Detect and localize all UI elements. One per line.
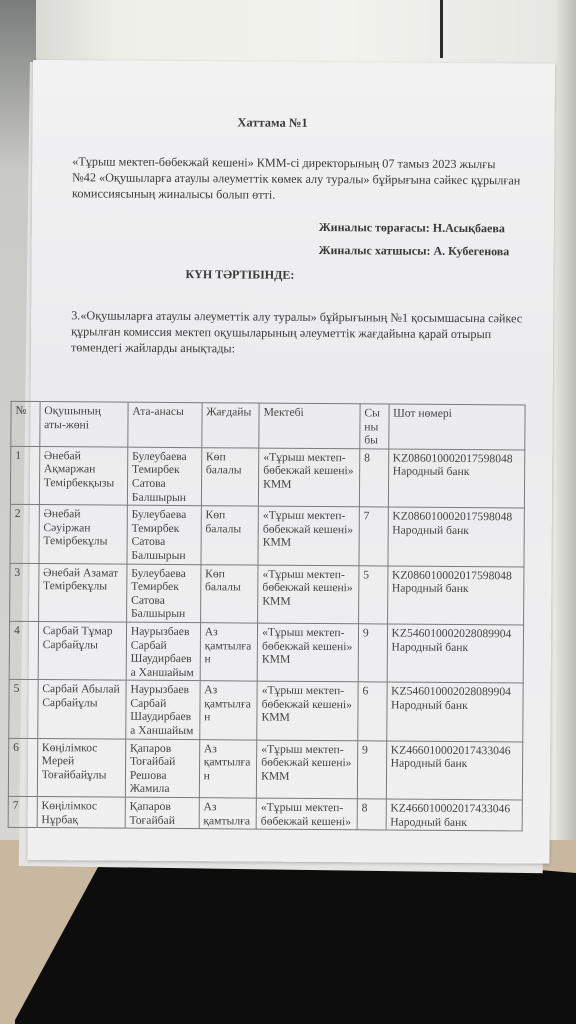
cell-line: қамтылға: [205, 639, 255, 653]
cell-student: ӘнебайАқмаржанТемірбекқызы: [39, 446, 128, 505]
cell-line: 8: [364, 451, 385, 465]
table-row: 4Сарбай ТұмарСарбайұлыНаурызбаевСарбайШа…: [9, 621, 523, 683]
paper-sheet: Хаттама №1 «Тұрыш мектеп-бөбекжай кешені…: [27, 60, 555, 864]
cell-parents: ҚапаровТоғайбайРешоваЖамила: [125, 739, 199, 798]
cell-line: Балшырын: [131, 607, 197, 621]
cell-account: KZ086010002017598048Народный банк: [387, 566, 524, 625]
cell-school: «Тұрыш мектеп-бөбекжай кешені»КММ: [256, 740, 357, 799]
cell-line: «Тұрыш мектеп-: [261, 801, 354, 815]
header-num: №: [11, 401, 40, 446]
cell-line: КММ: [261, 769, 354, 783]
cell-line: Булеубаева: [132, 508, 198, 522]
cell-num: 4: [9, 621, 38, 680]
cell-line: а Ханшайым: [130, 724, 196, 738]
table-header-row: № Оқушыныңаты-жөні Ата-анасы Жағдайы Мек…: [11, 401, 525, 449]
cell-grade: 7: [359, 507, 388, 566]
cell-line: бөбекжай кешені»: [262, 639, 355, 653]
cell-line: Темірбекұлы: [43, 534, 123, 548]
table-row: 6КөңілімкосМерейТоғайбайұлыҚапаровТоғайб…: [8, 738, 522, 800]
cell-line: Мерей: [42, 754, 122, 768]
cell-line: Әнебай Азамат: [43, 566, 123, 580]
cell-line: Темирбек: [132, 521, 198, 535]
cell-line: Наурызбаев: [131, 625, 197, 639]
cell-line: Шаудирбаев: [130, 710, 196, 724]
cell-line: KZ466010002017433046: [390, 802, 519, 816]
header-account: Шот нөмері: [388, 404, 525, 450]
cell-line: бөбекжай кешені»: [261, 814, 354, 828]
cell-grade: 9: [358, 624, 387, 683]
cell-line: Булеубаева: [132, 449, 198, 463]
cell-line: Сарбайұлы: [42, 696, 122, 710]
cell-line: 6: [362, 685, 383, 699]
cell-account: KZ086010002017598048Народный банк: [388, 507, 525, 566]
cell-line: КММ: [263, 536, 356, 550]
cell-line: КММ: [263, 478, 356, 492]
cell-line: 5: [363, 568, 384, 582]
cell-line: 4: [14, 624, 35, 638]
cell-student: Сарбай ТұмарСарбайұлы: [38, 621, 127, 680]
cell-line: Народный банк: [391, 757, 520, 771]
cell-line: Тоғайбай: [130, 755, 196, 769]
cell-line: 3: [14, 565, 35, 579]
cell-line: Сы: [364, 406, 385, 420]
cell-account: KZ466010002017433046Народный банк: [386, 799, 523, 831]
cell-line: бы: [364, 434, 385, 448]
cell-line: «Тұрыш мектеп-: [261, 742, 354, 756]
cell-line: Тоғайбай: [130, 813, 196, 827]
cell-school: «Тұрыш мектеп-бөбекжай кешені»КММ: [257, 623, 358, 682]
cell-line: 2: [15, 507, 36, 521]
cell-line: қамтылға: [203, 814, 253, 828]
cell-grade: 6: [358, 682, 387, 741]
intro-paragraph: «Тұрыш мектеп-бөбекжай кешені» КММ-сі ди…: [72, 153, 522, 204]
cell-student: Сарбай АбылайСарбайұлы: [37, 680, 126, 739]
cell-line: Сарбай: [130, 697, 196, 711]
cell-line: Народный банк: [392, 523, 521, 537]
cell-status: Азқамтылған: [200, 623, 258, 682]
cell-line: Сәуіржан: [43, 521, 123, 535]
cell-grade: 9: [357, 740, 386, 799]
cell-line: Аз: [204, 742, 254, 756]
cell-num: 3: [10, 563, 39, 622]
cell-line: Темірбекқызы: [44, 476, 124, 490]
cell-line: КММ: [261, 711, 354, 725]
cell-line: Тоғайбайұлы: [42, 768, 122, 782]
document-title: Хаттама №1: [33, 113, 513, 132]
cell-line: Шаудирбаев: [131, 652, 197, 666]
cell-status: Көпбалалы: [201, 447, 259, 506]
cell-line: Көңілімкос: [42, 741, 122, 755]
cell-account: KZ546010002028089904Народный банк: [387, 624, 524, 683]
cell-line: Сатова: [132, 477, 198, 491]
cell-parents: ҚапаровТоғайбай: [125, 797, 199, 829]
cell-school: «Тұрыш мектеп-бөбекжай кешені»КММ: [258, 565, 359, 624]
cell-school: «Тұрыш мектеп-бөбекжай кешені»КММ: [258, 506, 359, 565]
cell-school: «Тұрыш мектеп-бөбекжай кешені»КММ: [257, 681, 358, 740]
cell-line: Көп: [206, 450, 256, 464]
cell-status: Көпбалалы: [200, 564, 258, 623]
header-status: Жағдайы: [202, 403, 260, 448]
cell-line: Нұрбақ: [41, 813, 121, 827]
cell-line: бөбекжай кешені»: [261, 756, 354, 770]
cell-line: Темирбек: [132, 463, 198, 477]
meeting-secretary: Жиналыс хатшысы: А. Кубегенова: [319, 242, 510, 259]
cell-line: Көңілімкос: [41, 799, 121, 813]
cell-line: бөбекжай кешені»: [262, 581, 355, 595]
background-edge-line: [440, 0, 443, 58]
cell-line: 7: [13, 799, 34, 813]
meeting-chair: Жиналыс төрағасы: Н.Асықбаева: [319, 219, 505, 236]
cell-num: 7: [8, 796, 37, 827]
cell-line: а Ханшайым: [131, 665, 197, 679]
cell-line: Сарбай Тұмар: [43, 624, 123, 638]
cell-parents: БулеубаеваТемирбекСатоваБалшырын: [127, 447, 201, 506]
cell-grade: 8: [359, 449, 388, 508]
cell-line: Сатова: [131, 593, 197, 607]
cell-line: Аз: [205, 625, 255, 639]
cell-line: ны: [364, 420, 385, 434]
cell-line: Сарбайұлы: [43, 638, 123, 652]
table-row: 7КөңілімкосНұрбақҚапаровТоғайбайАзқамтыл…: [8, 796, 522, 831]
cell-line: Көп: [205, 567, 255, 581]
cell-line: н: [204, 711, 254, 725]
cell-school: «Тұрыш мектеп-бөбекжай кешені»: [256, 798, 357, 830]
cell-line: Булеубаева: [131, 566, 197, 580]
cell-line: балалы: [205, 522, 255, 536]
header-student: Оқушыныңаты-жөні: [40, 402, 128, 447]
cell-line: Народный банк: [390, 815, 519, 829]
table-row: 2ӘнебайСәуіржанТемірбекұлыБулеубаеваТеми…: [10, 505, 524, 567]
cell-line: Жамила: [130, 782, 196, 796]
cell-account: KZ546010002028089904Народный банк: [386, 682, 523, 741]
cell-line: Балшырын: [132, 490, 198, 504]
cell-line: бөбекжай кешені»: [263, 522, 356, 536]
cell-line: Әнебай: [43, 507, 123, 521]
cell-line: Темирбек: [131, 580, 197, 594]
cell-line: аты-жөні: [44, 418, 124, 432]
cell-line: КММ: [262, 594, 355, 608]
cell-num: 6: [8, 738, 37, 797]
cell-line: Наурызбаев: [130, 683, 196, 697]
cell-line: бөбекжай кешені»: [263, 464, 356, 478]
cell-line: KZ546010002028089904: [391, 685, 520, 699]
cell-line: н: [204, 769, 254, 783]
cell-line: «Тұрыш мектеп-: [263, 450, 356, 464]
table-row: 3Әнебай АзаматТемірбекұлыБулеубаеваТемир…: [10, 563, 524, 625]
cell-line: Оқушының: [44, 404, 124, 418]
cell-line: Народный банк: [393, 465, 522, 479]
cell-line: 9: [362, 743, 383, 757]
cell-line: 5: [14, 682, 35, 696]
cell-line: Аз: [204, 683, 254, 697]
header-grade: Сыныбы: [360, 404, 389, 449]
cell-line: «Тұрыш мектеп-: [262, 626, 355, 640]
cell-line: Сатова: [131, 535, 197, 549]
cell-line: Решова: [130, 769, 196, 783]
cell-line: Әнебай: [44, 449, 124, 463]
cell-line: KZ086010002017598048: [393, 451, 522, 465]
cell-grade: 5: [358, 565, 387, 624]
cell-num: 1: [10, 446, 39, 505]
header-school: Мектебі: [259, 403, 360, 448]
cell-line: бөбекжай кешені»: [262, 697, 355, 711]
cell-parents: БулеубаеваТемирбекСатоваБалшырын: [127, 505, 201, 564]
agenda-point: 3.«Оқушыларға атаулы әлеуметтік алу тура…: [71, 307, 536, 358]
cell-line: 9: [363, 626, 384, 640]
background-right-object: [556, 0, 576, 880]
cell-line: 6: [13, 741, 34, 755]
cell-status: Көпбалалы: [201, 506, 259, 565]
cell-line: Аз: [203, 800, 253, 814]
cell-status: Азқамтылған: [199, 739, 257, 798]
cell-student: ӘнебайСәуіржанТемірбекұлы: [39, 505, 128, 564]
cell-line: Народный банк: [391, 640, 520, 654]
cell-line: KZ086010002017598048: [392, 510, 521, 524]
cell-line: н: [204, 652, 254, 666]
cell-student: Әнебай АзаматТемірбекұлы: [38, 563, 127, 622]
cell-parents: НаурызбаевСарбайШаудирбаева Ханшайым: [126, 680, 200, 739]
cell-line: Народный банк: [391, 698, 520, 712]
cell-status: Азқамтылға: [199, 798, 257, 830]
cell-line: 7: [364, 509, 385, 523]
cell-line: қамтылға: [204, 697, 254, 711]
cell-student: КөңілімкосНұрбақ: [37, 797, 125, 829]
cell-student: КөңілімкосМерейТоғайбайұлы: [37, 738, 126, 797]
cell-line: KZ546010002028089904: [392, 626, 521, 640]
cell-line: Балшырын: [131, 549, 197, 563]
table-row: 5Сарбай АбылайСарбайұлыНаурызбаевСарбайШ…: [9, 680, 523, 742]
cell-parents: БулеубаеваТемирбекСатоваБалшырын: [126, 564, 200, 623]
table-row: 1ӘнебайАқмаржанТемірбекқызыБулеубаеваТем…: [10, 446, 524, 508]
cell-line: Ақмаржан: [44, 462, 124, 476]
cell-line: Көп: [205, 508, 255, 522]
cell-line: Темірбекұлы: [43, 579, 123, 593]
cell-grade: 8: [357, 799, 386, 830]
cell-num: 5: [9, 680, 38, 739]
cell-num: 2: [10, 505, 39, 564]
cell-line: «Тұрыш мектеп-: [262, 567, 355, 581]
table-body: 1ӘнебайАқмаржанТемірбекқызыБулеубаеваТем…: [8, 446, 525, 831]
cell-account: KZ466010002017433046Народный банк: [386, 741, 523, 800]
cell-line: балалы: [206, 464, 256, 478]
cell-line: қамтылға: [204, 755, 254, 769]
header-parents: Ата-анасы: [128, 402, 202, 447]
cell-line: KZ086010002017598048: [392, 568, 521, 582]
cell-status: Азқамтылған: [199, 681, 257, 740]
cell-line: «Тұрыш мектеп-: [262, 684, 355, 698]
cell-line: Сарбай Абылай: [42, 682, 122, 696]
cell-line: Қапаров: [130, 741, 196, 755]
cell-line: Қапаров: [130, 800, 196, 814]
cell-line: 8: [362, 801, 383, 815]
cell-line: балалы: [205, 580, 255, 594]
cell-school: «Тұрыш мектеп-бөбекжай кешені»КММ: [259, 448, 360, 507]
cell-line: Сарбай: [131, 638, 197, 652]
cell-line: КММ: [262, 653, 355, 667]
agenda-heading: КҮН ТӘРТІБІНДЕ:: [185, 266, 294, 283]
cell-line: 1: [15, 449, 36, 463]
cell-line: KZ466010002017433046: [391, 743, 520, 757]
cell-account: KZ086010002017598048Народный банк: [388, 449, 525, 508]
cell-line: Народный банк: [392, 582, 521, 596]
students-table: № Оқушыныңаты-жөні Ата-анасы Жағдайы Мек…: [8, 401, 526, 832]
cell-line: «Тұрыш мектеп-: [263, 509, 356, 523]
cell-parents: НаурызбаевСарбайШаудирбаева Ханшайым: [126, 622, 200, 681]
